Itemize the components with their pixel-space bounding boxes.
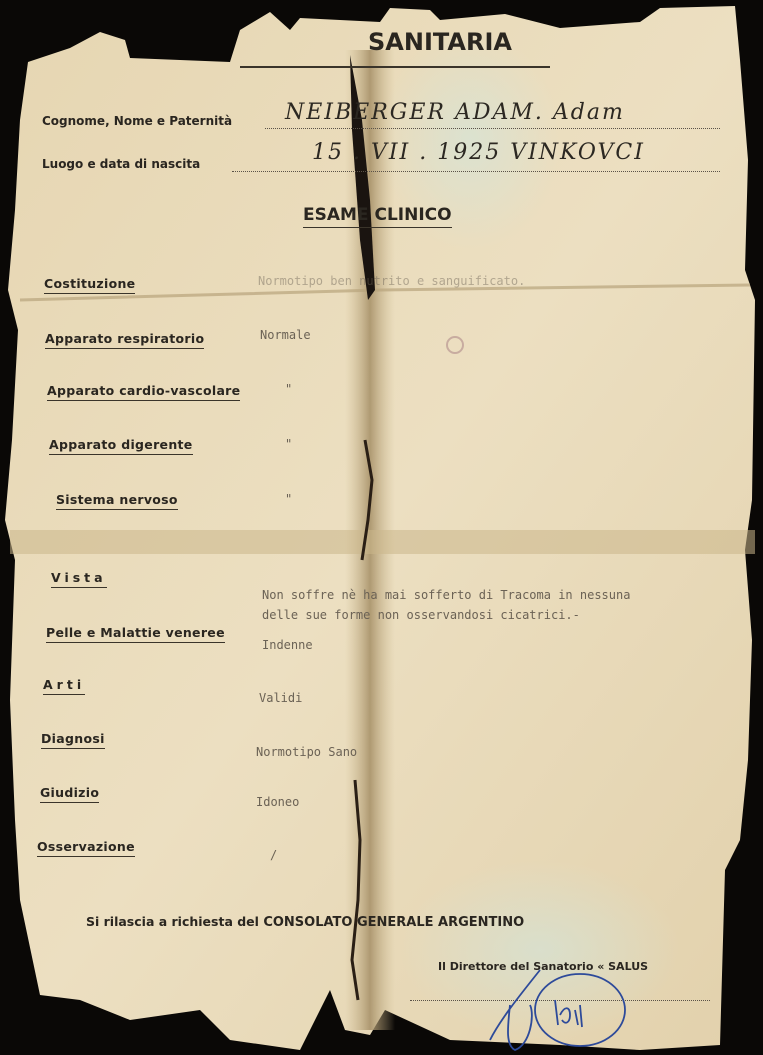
label-vista: Vista [51, 570, 107, 588]
value-sistema-nervoso: " [285, 492, 292, 506]
label-pelle-malattie-veneree: Pelle e Malattie veneree [46, 625, 225, 643]
surname-name-line [265, 128, 720, 129]
section-title-esame-clinico: ESAME CLINICO [303, 205, 452, 228]
birth-place-date-label: Luogo e data di nascita [42, 157, 200, 171]
issued-to-consulate: CONSOLATO GENERALE ARGENTINO [263, 915, 524, 930]
label-arti: Arti [43, 677, 85, 695]
value-apparato-cardio-vascolare: " [285, 382, 292, 396]
value-apparato-respiratorio: Normale [260, 328, 311, 342]
surname-name-label: Cognome, Nome e Paternità [42, 114, 232, 128]
value-pelle-malattie-veneree: Indenne [262, 638, 313, 652]
title-underline [240, 66, 550, 68]
value-giudizio: Idoneo [256, 795, 299, 809]
value-osservazione: / [270, 848, 277, 862]
label-osservazione: Osservazione [37, 839, 135, 857]
value-vista: Non soffre nè ha mai sofferto di Tracoma… [262, 585, 630, 625]
issued-prefix: Si rilascia a richiesta del [86, 914, 259, 929]
label-giudizio: Giudizio [40, 785, 99, 803]
birth-place-date-line [232, 171, 720, 172]
signature [470, 965, 640, 1055]
label-apparato-respiratorio: Apparato respiratorio [45, 331, 204, 349]
surname-name-value: NEIBERGER ADAM. Adam [285, 100, 625, 125]
label-apparato-digerente: Apparato digerente [49, 437, 193, 455]
label-sistema-nervoso: Sistema nervoso [56, 492, 178, 510]
label-diagnosi: Diagnosi [41, 731, 105, 749]
birth-place-date-value: 15 . VII . 1925 VINKOVCI [312, 140, 645, 165]
value-arti: Validi [259, 691, 302, 705]
value-costituzione: Normotipo ben nutrito e sanguificato. [258, 274, 525, 288]
label-apparato-cardio-vascolare: Apparato cardio-vascolare [47, 383, 240, 401]
issued-text: Si rilascia a richiesta del CONSOLATO GE… [86, 914, 524, 930]
document-title: SANITARIA [368, 28, 512, 56]
medical-certificate: SANITARIA Cognome, Nome e Paternità NEIB… [0, 0, 763, 1055]
value-apparato-digerente: " [285, 437, 292, 451]
value-diagnosi: Normotipo Sano [256, 745, 357, 759]
label-costituzione: Costituzione [44, 276, 135, 294]
